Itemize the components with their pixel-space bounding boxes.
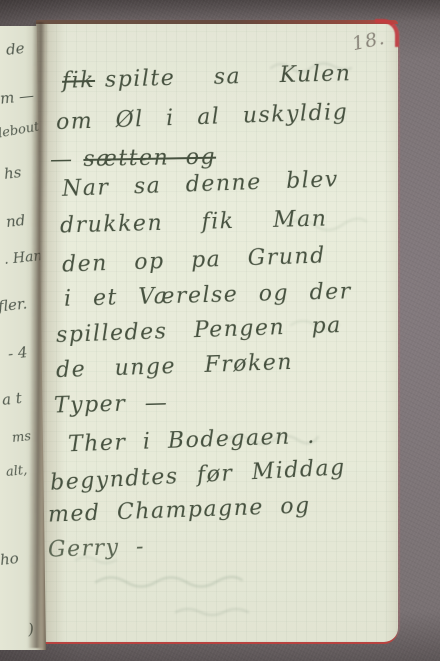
handwriting-text: Gerry - [48,534,146,562]
handwriting-line: drukken fik Man [60,207,328,239]
margin-fragment: a t [1,389,23,409]
handwriting-text: Ther i Bodegaen . [68,424,317,458]
handwriting-text: Typer — [54,391,169,419]
handwriting-text: de unge Frøken [56,350,294,383]
handwriting-line: de unge Frøken [56,350,294,383]
handwriting-line: Gerry - [48,534,146,562]
handwriting-text: i et Værelse og der [64,279,352,312]
handwriting-line: fikspilte sa Kulen [62,61,352,94]
notebook-page: 18. fikspilte sa Kulen om Øl i al uskyld… [36,20,398,642]
handwriting-line: begyndtes før Middag [50,455,347,495]
handwriting-text: med Champagne og [48,493,311,527]
handwriting-line: —sætten og [50,144,226,172]
handwriting-line: spilledes Pengen pa [56,313,343,348]
handwriting-text: spilte sa Kulen [105,61,352,92]
handwriting-line: Typer — [54,391,169,419]
notebook-photo: 18. fikspilte sa Kulen om Øl i al uskyld… [0,0,440,661]
handwriting-text: begyndtes før Middag [50,455,347,495]
page-number: 18. [350,27,387,55]
handwriting-line: med Champagne og [48,493,311,527]
handwriting-text: om Øl i al uskyldig [56,100,349,135]
margin-fragment: alt, [5,463,28,480]
handwriting-text: den op pa Grund [62,243,327,277]
handwriting-line: i et Værelse og der [64,279,352,312]
handwriting-text: drukken fik Man [60,207,328,239]
page-top-red-edge [36,20,398,24]
handwriting-line: den op pa Grund [62,243,327,277]
margin-fragment: de [5,39,25,59]
handwriting-prefix: — [50,147,74,172]
handwriting-text: Nar sa denne blev [62,167,340,202]
margin-fragment: m — [0,86,35,107]
handwriting-line: Ther i Bodegaen . [68,424,317,458]
handwriting-text: spilledes Pengen pa [56,313,343,348]
margin-fragment: fler. [0,295,28,316]
margin-fragment: hs [3,163,22,183]
handwriting-line: Nar sa denne blev [62,167,340,202]
margin-fragment: - 4 [7,343,28,363]
margin-fragment: nd [5,211,26,231]
margin-fragment: ho [0,549,20,569]
handwriting-struck-word: sætten og [83,145,216,172]
handwriting-line: om Øl i al uskyldig [56,100,349,135]
handwriting-struck-word: fik [62,68,96,94]
